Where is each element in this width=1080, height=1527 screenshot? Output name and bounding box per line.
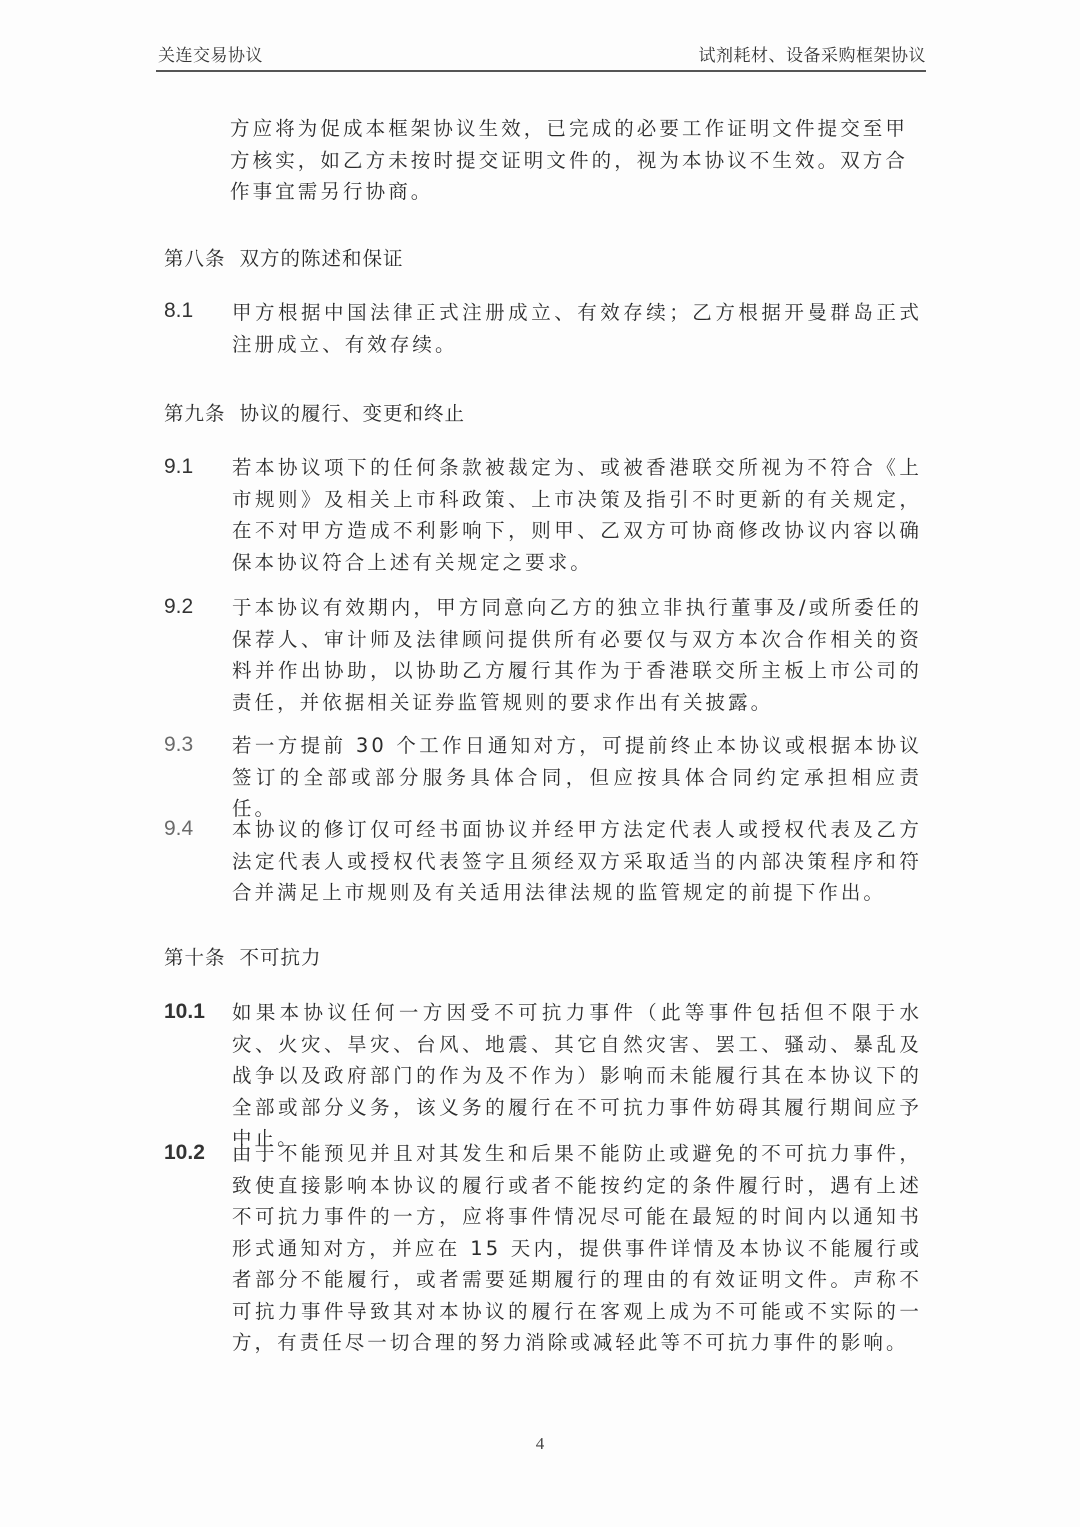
- header-right-title: 试剂耗材、设备采购框架协议: [699, 41, 927, 66]
- clause-number: 10.2: [164, 1141, 205, 1165]
- header-left-title: 关连交易协议: [158, 41, 263, 66]
- page-header: 关连交易协议 试剂耗材、设备采购框架协议: [156, 44, 926, 72]
- article-title: 双方的陈述和保证: [240, 247, 404, 270]
- clause-number: 8.1: [164, 299, 193, 323]
- clause-text: 由于不能预见并且对其发生和后果不能防止或避免的不可抗力事件，致使直接影响本协议的…: [232, 1138, 922, 1359]
- clause-text: 本协议的修订仅可经书面协议并经甲方法定代表人或授权代表及乙方法定代表人或授权代表…: [232, 814, 922, 909]
- clause-text: 甲方根据中国法律正式注册成立、有效存续；乙方根据开曼群岛正式注册成立、有效存续。: [232, 297, 922, 360]
- intro-paragraph: 方应将为促成本框架协议生效，已完成的必要工作证明文件提交至甲方核实，如乙方未按时…: [230, 113, 922, 208]
- article-10-heading: 第十条不可抗力: [164, 942, 322, 970]
- article-9-heading: 第九条协议的履行、变更和终止: [164, 398, 465, 426]
- clause-text: 如果本协议任何一方因受不可抗力事件（此等事件包括但不限于水灾、火灾、旱灾、台风、…: [232, 997, 922, 1155]
- clause-number: 9.2: [164, 595, 193, 619]
- article-8-heading: 第八条双方的陈述和保证: [164, 243, 404, 271]
- article-title: 协议的履行、变更和终止: [240, 402, 466, 425]
- clause-text: 若本协议项下的任何条款被裁定为、或被香港联交所视为不符合《上市规则》及相关上市科…: [232, 452, 922, 578]
- clause-number: 10.1: [164, 1000, 205, 1024]
- article-number: 第九条: [164, 402, 226, 425]
- article-number: 第十条: [164, 946, 226, 969]
- article-title: 不可抗力: [240, 946, 322, 969]
- document-page: 关连交易协议 试剂耗材、设备采购框架协议 方应将为促成本框架协议生效，已完成的必…: [0, 0, 1080, 1527]
- page-number: 4: [0, 1434, 1080, 1454]
- clause-text: 于本协议有效期内，甲方同意向乙方的独立非执行董事及/或所委任的保荐人、审计师及法…: [232, 592, 922, 718]
- article-number: 第八条: [164, 247, 226, 270]
- clause-number: 9.3: [164, 733, 193, 757]
- clause-text: 若一方提前 30 个工作日通知对方，可提前终止本协议或根据本协议签订的全部或部分…: [232, 730, 922, 825]
- clause-number: 9.1: [164, 455, 193, 479]
- clause-number: 9.4: [164, 817, 193, 841]
